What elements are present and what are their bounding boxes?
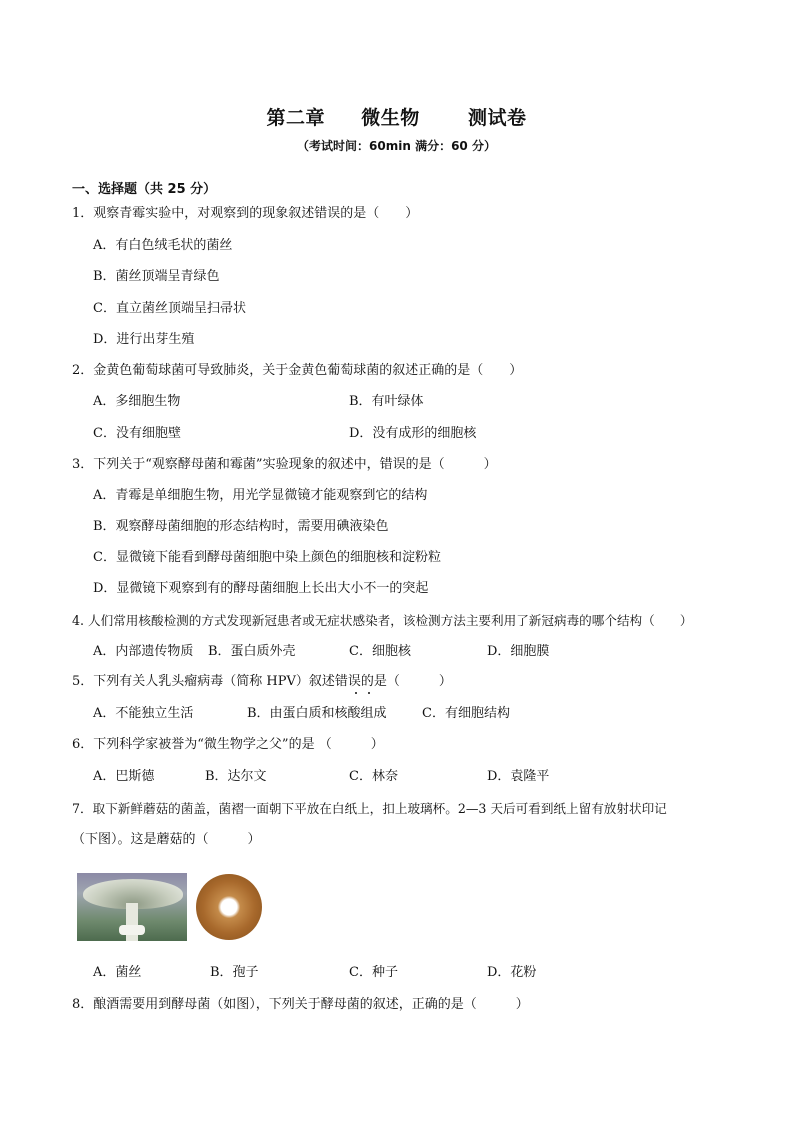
question-4-option-b: B．蛋白质外壳	[208, 643, 296, 661]
emphasis-dot	[355, 692, 357, 694]
question-4-stem: 4. 人们常用核酸检测的方式发现新冠患者或无症状感染者，该检测方法主要利用了新冠…	[72, 612, 693, 630]
question-2-option-a: A．多细胞生物	[93, 393, 180, 411]
question-2-stem: 2．金黄色葡萄球菌可导致肺炎，关于金黄色葡萄球菌的叙述正确的是（ ）	[72, 362, 522, 380]
question-6-stem: 6．下列科学家被誉为“微生物学之父”的是 （ ）	[72, 736, 384, 754]
question-7-stem-line2: （下图）。这是蘑菇的（ ）	[72, 831, 261, 849]
question-7-option-c: C．种子	[349, 964, 398, 982]
question-1-option-a: A．有白色绒毛状的菌丝	[93, 237, 232, 255]
question-7-option-a: A．菌丝	[93, 964, 141, 982]
question-7-stem-line1: 7．取下新鲜蘑菇的菌盖，菌褶一面朝下平放在白纸上，扣上玻璃杯。2—3 天后可看到…	[72, 800, 667, 818]
question-4-option-d: D．细胞膜	[487, 643, 549, 661]
question-2-option-b: B．有叶绿体	[349, 393, 424, 411]
question-4-option-a: A．内部遗传物质	[93, 643, 193, 661]
question-1-stem: 1．观察青霉实验中，对观察到的现象叙述错误的是（ ）	[72, 205, 418, 223]
mushroom-photo	[77, 873, 187, 941]
title-topic: 微生物	[361, 103, 420, 130]
question-6-option-d: D．袁隆平	[487, 768, 549, 786]
question-7-option-d: D．花粉	[487, 964, 536, 982]
question-1-option-c: C．直立菌丝顶端呈扫帚状	[93, 300, 246, 318]
question-3-option-c: C．显微镜下能看到酵母菌细胞中染上颜色的细胞核和淀粉粒	[93, 549, 441, 567]
title-test: 测试卷	[468, 103, 527, 130]
title-chapter: 第二章	[266, 103, 325, 130]
question-5-option-b: B．由蛋白质和核酸组成	[247, 705, 387, 723]
question-8-stem: 8．酿酒需要用到酵母菌（如图），下列关于酵母菌的叙述，正确的是（ ）	[72, 996, 529, 1014]
question-3-option-d: D．显微镜下观察到有的酵母菌细胞上长出大小不一的突起	[93, 580, 428, 598]
question-1-option-b: B．菌丝顶端呈青绿色	[93, 268, 220, 286]
question-4-option-c: C．细胞核	[349, 643, 411, 661]
exam-info: （考试时间：60min 满分：60 分）	[0, 137, 793, 154]
spore-print-photo	[196, 874, 262, 940]
question-6-option-b: B．达尔文	[205, 768, 267, 786]
question-6-option-c: C．林奈	[349, 768, 398, 786]
question-5-stem: 5．下列有关人乳头瘤病毒（简称 HPV）叙述错误的是（ ）	[72, 673, 452, 691]
mushroom-stem	[126, 903, 138, 941]
question-2-option-d: D．没有成形的细胞核	[349, 425, 476, 443]
question-3-option-b: B．观察酵母菌细胞的形态结构时，需要用碘液染色	[93, 518, 389, 536]
section-heading: 一、选择题（共 25 分）	[72, 178, 216, 197]
question-6-option-a: A．巴斯德	[93, 768, 154, 786]
question-2-option-c: C．没有细胞壁	[93, 425, 181, 443]
question-7-option-b: B．孢子	[210, 964, 259, 982]
question-5-option-c: C．有细胞结构	[422, 705, 510, 723]
emphasis-dot	[368, 692, 370, 694]
question-3-stem: 3．下列关于“观察酵母菌和霉菌”实验现象的叙述中，错误的是（ ）	[72, 456, 497, 474]
page-title: 第二章 微生物 测试卷	[0, 103, 793, 130]
question-3-option-a: A．青霉是单细胞生物，用光学显微镜才能观察到它的结构	[93, 487, 427, 505]
question-5-option-a: A．不能独立生活	[93, 705, 193, 723]
exam-page: 第二章 微生物 测试卷 （考试时间：60min 满分：60 分） 一、选择题（共…	[0, 0, 793, 1122]
mushroom-ring	[119, 925, 145, 935]
question-1-option-d: D．进行出芽生殖	[93, 331, 194, 349]
